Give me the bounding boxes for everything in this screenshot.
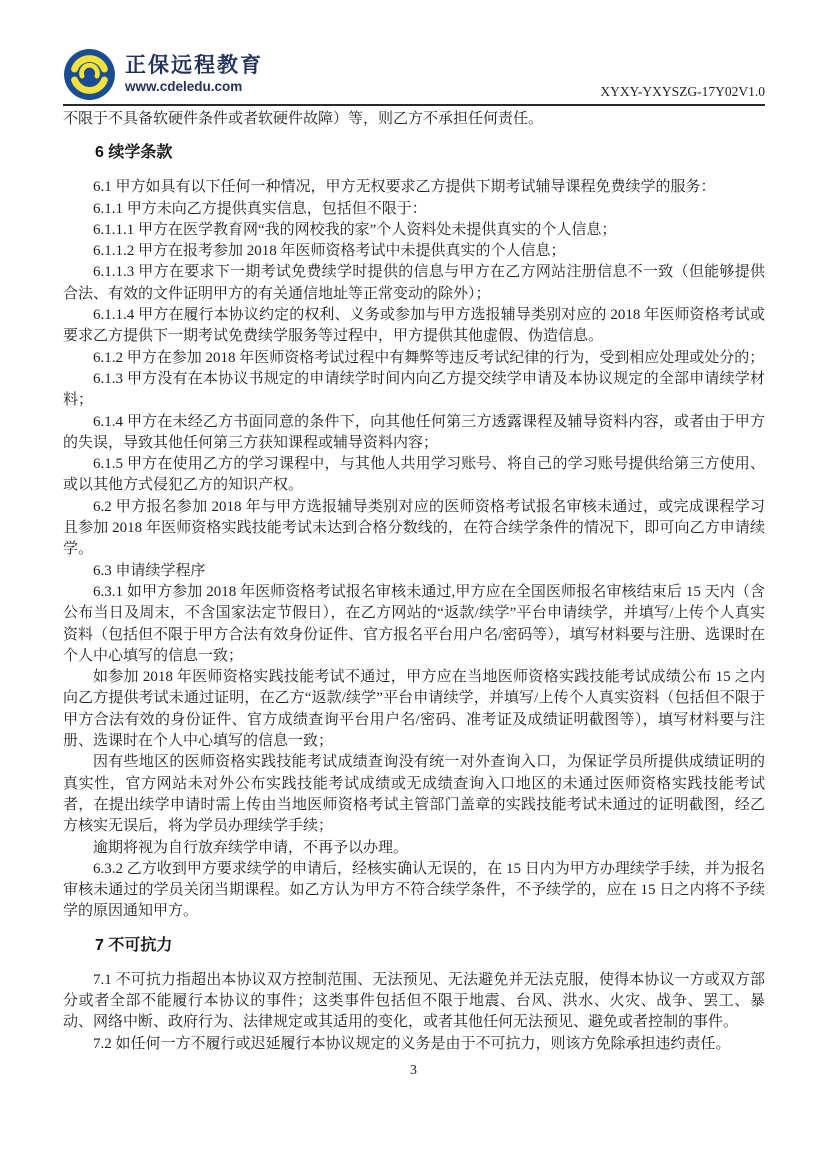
document-body: 不限于不具备软硬件条件或者软硬件故障）等，则乙方不承担任何责任。 6 续学条款 … [63,106,765,1055]
clause-6-1-1-1: 6.1.1.1 甲方在医学教育网“我的网校我的家”个人资料处未提供真实的个人信息… [63,220,765,241]
clause-6-1-1-3: 6.1.1.3 甲方在要求下一期考试免费续学时提供的信息与甲方在乙方网站注册信息… [63,262,765,305]
section-6-heading: 6 续学条款 [63,142,765,164]
clause-6-3-1-deadline: 逾期将视为自行放弃续学申请，不再予以办理。 [63,838,765,859]
clause-6-3-1: 6.3.1 如甲方参加 2018 年医师资格考试报名审核未通过,甲方应在全国医师… [63,582,765,667]
clause-6-1-3: 6.1.3 甲方没有在本协议书规定的申请续学时间内向乙方提交续学申请及本协议规定… [63,369,765,412]
paragraph-continuation: 不限于不具备软硬件条件或者软硬件故障）等，则乙方不承担任何责任。 [63,109,765,130]
clause-6-3-1-note: 因有些地区的医师资格实践技能考试成绩查询没有统一对外查询入口，为保证学员所提供成… [63,752,765,837]
clause-6-3-1-continued: 如参加 2018 年医师资格实践技能考试不通过，甲方应在当地医师资格实践技能考试… [63,667,765,752]
clause-6-3-2: 6.3.2 乙方收到甲方要求续学的申请后，经核实确认无误的，在 15 日内为甲方… [63,859,765,923]
brand-name: 正保远程教育 [125,55,263,76]
clause-6-2: 6.2 甲方报名参加 2018 年与甲方选报辅导类别对应的医师资格考试报名审核未… [63,497,765,561]
clause-6-1-1-2: 6.1.1.2 甲方在报考参加 2018 年医师资格考试中未提供真实的个人信息； [63,241,765,262]
clause-6-1-1: 6.1.1 甲方未向乙方提供真实信息，包括但不限于： [63,199,765,220]
clause-6-1: 6.1 甲方如具有以下任何一种情况，甲方无权要求乙方提供下期考试辅导课程免费续学… [63,177,765,198]
page-number: 3 [410,1063,417,1078]
page-footer: 3 [0,1063,827,1079]
clause-7-2: 7.2 如任何一方不履行或迟延履行本协议规定的义务是由于不可抗力，则该方免除承担… [63,1034,765,1055]
document-page: 正保远程教育 www.cdeledu.com XYXY-YXYSZG-17Y02… [0,0,827,1169]
clause-7-1: 7.1 不可抗力指超出本协议双方控制范围、无法预见、无法避免并无法克服，使得本协… [63,970,765,1034]
clause-6-1-2: 6.1.2 甲方在参加 2018 年医师资格考试过程中有舞弊等违反考试纪律的行为… [63,348,765,369]
clause-6-3: 6.3 申请续学程序 [63,561,765,582]
clause-6-1-5: 6.1.5 甲方在使用乙方的学习课程中，与其他人共用学习账号、将自己的学习账号提… [63,454,765,497]
section-7-heading: 7 不可抗力 [63,935,765,957]
doc-code: XYXY-YXYSZG-17Y02V1.0 [600,84,765,101]
brand-logo-icon [63,48,116,101]
brand-text: 正保远程教育 www.cdeledu.com [125,55,263,94]
clause-6-1-1-4: 6.1.1.4 甲方在履行本协议约定的权利、义务或参加与甲方选报辅导类别对应的 … [63,305,765,348]
clause-6-1-4: 6.1.4 甲方在未经乙方书面同意的条件下，向其他任何第三方透露课程及辅导资料内… [63,412,765,455]
brand: 正保远程教育 www.cdeledu.com [63,48,263,101]
brand-url: www.cdeledu.com [125,80,263,94]
page-header: 正保远程教育 www.cdeledu.com XYXY-YXYSZG-17Y02… [63,0,765,106]
